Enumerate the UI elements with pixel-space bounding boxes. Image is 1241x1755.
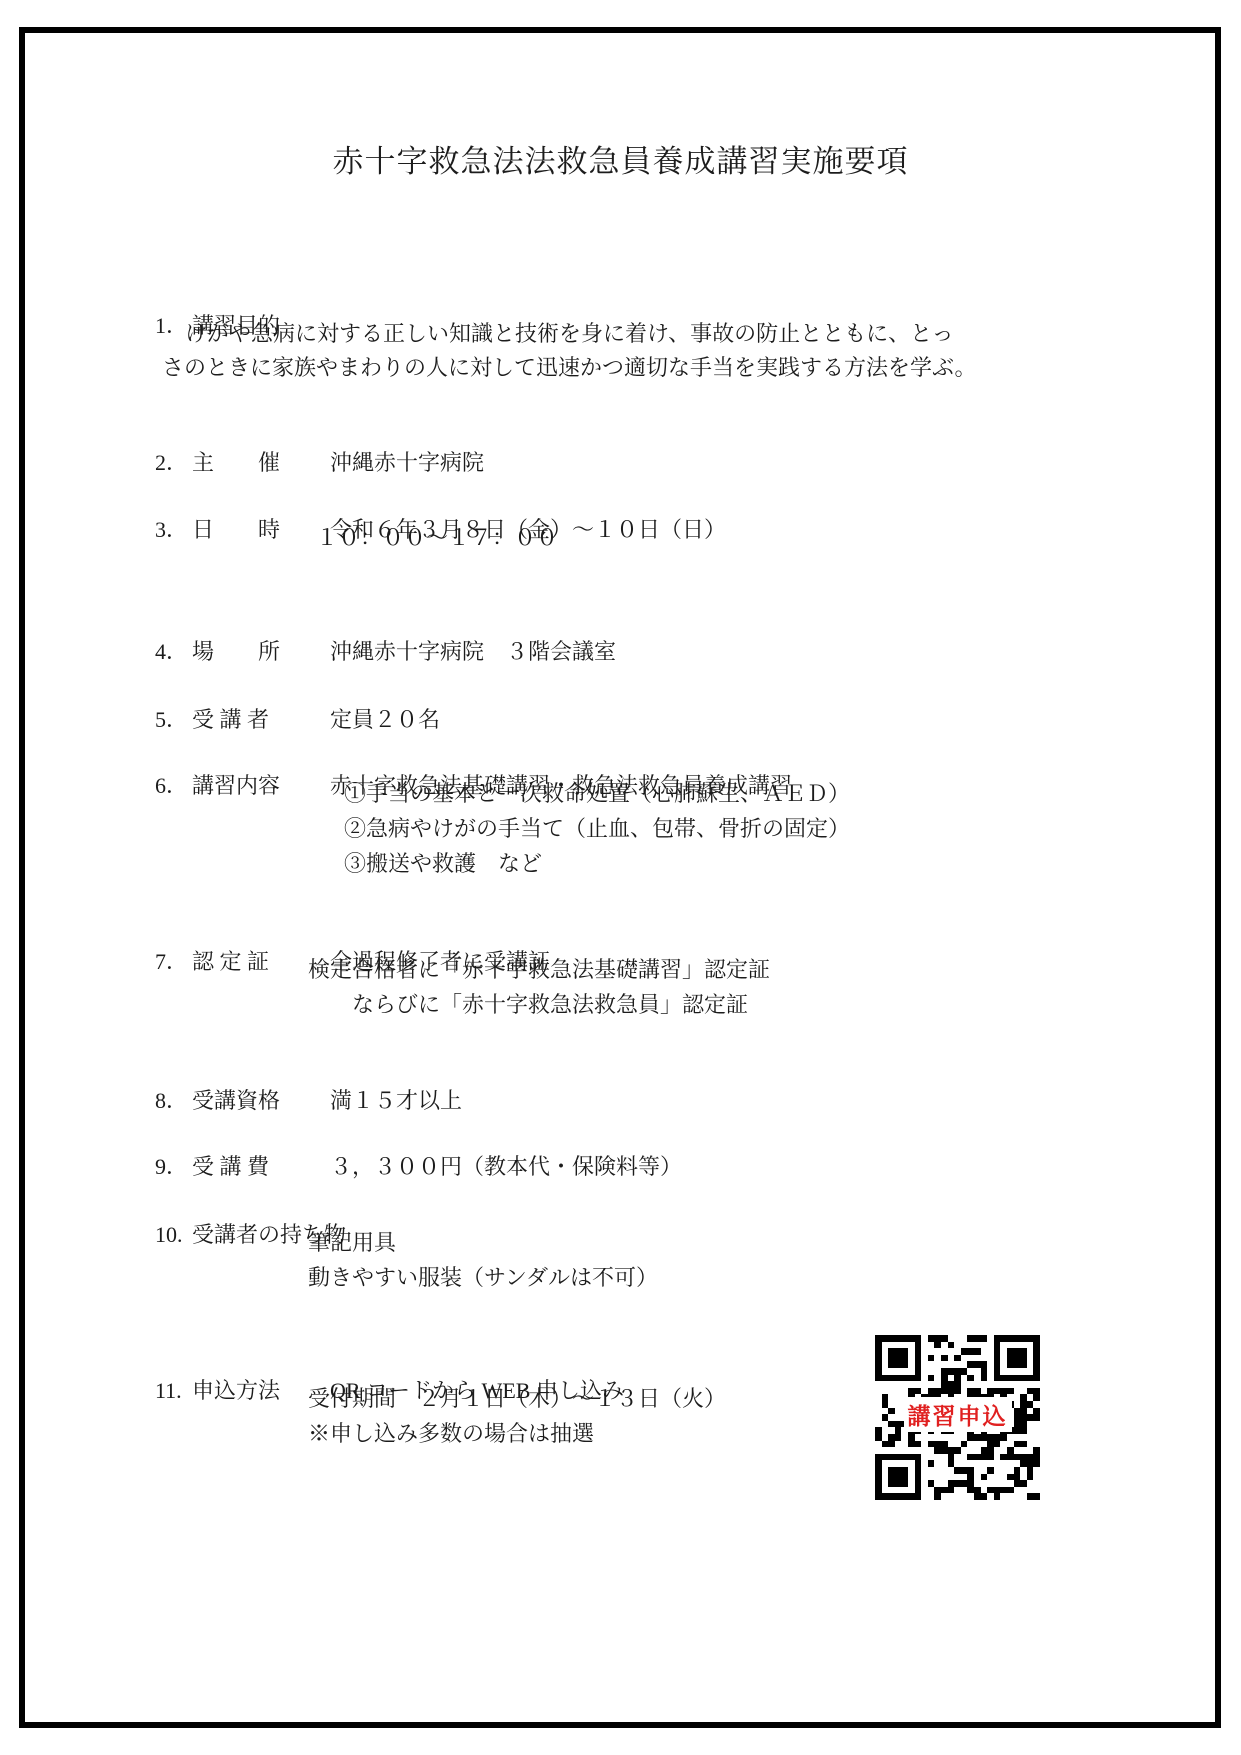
qr-module [961, 1447, 968, 1454]
item-10-text-line-1: 筆記用具 [308, 1229, 396, 1256]
qr-module [928, 1434, 935, 1441]
qr-module [928, 1335, 935, 1342]
qr-module [928, 1441, 935, 1448]
qr-module [1027, 1441, 1034, 1448]
qr-module [882, 1427, 889, 1434]
qr-module [1027, 1401, 1034, 1408]
qr-module [1014, 1454, 1021, 1461]
qr-module [1033, 1388, 1040, 1395]
qr-module [1007, 1474, 1014, 1481]
qr-module [875, 1388, 882, 1395]
qr-module [967, 1368, 974, 1375]
page-title: 赤十字救急法法救急員養成講習実施要項 [0, 136, 1241, 181]
qr-module [908, 1434, 915, 1441]
qr-module [954, 1335, 961, 1342]
qr-module [928, 1467, 935, 1474]
qr-module [1033, 1355, 1040, 1362]
qr-module [987, 1467, 994, 1474]
qr-module [915, 1388, 922, 1395]
qr-module [1014, 1401, 1021, 1408]
qr-module [961, 1441, 968, 1448]
qr-module [961, 1348, 968, 1355]
qr-module [954, 1375, 961, 1382]
qr-module [1014, 1493, 1021, 1500]
qr-label: 講習申込 [904, 1397, 1012, 1432]
qr-module [941, 1460, 948, 1467]
qr-module [908, 1355, 915, 1362]
qr-module [915, 1487, 922, 1494]
item-4-label: 場 所 [192, 638, 330, 665]
qr-module [888, 1414, 895, 1421]
qr-module [895, 1394, 902, 1401]
qr-module [1014, 1441, 1021, 1448]
qr-module [987, 1487, 994, 1494]
qr-module [1014, 1388, 1021, 1395]
qr-module [875, 1368, 882, 1375]
qr-module [941, 1375, 948, 1382]
qr-module [1000, 1454, 1007, 1461]
qr-module [1014, 1342, 1021, 1349]
document-page: 赤十字救急法法救急員養成講習実施要項 1．講習目的 けがや急病に対する正しい知識… [0, 0, 1241, 1755]
qr-module [908, 1335, 915, 1342]
qr-module [888, 1441, 895, 1448]
qr-module [948, 1441, 955, 1448]
item-1-text-line-1: けがや急病に対する正しい知識と技術を身に着け、事故の防止とともに、とっ [185, 320, 954, 347]
qr-module [888, 1434, 895, 1441]
qr-module [888, 1375, 895, 1382]
qr-module [954, 1493, 961, 1500]
qr-module [882, 1421, 889, 1428]
qr-module [882, 1375, 889, 1382]
qr-module [882, 1401, 889, 1408]
qr-module [915, 1454, 922, 1461]
qr-module [928, 1460, 935, 1467]
item-3-text-line-1: １０：００～１７：００ [316, 524, 558, 551]
qr-module [921, 1368, 928, 1375]
qr-module [954, 1487, 961, 1494]
qr-module [875, 1467, 882, 1474]
qr-module [921, 1447, 928, 1454]
qr-module [961, 1342, 968, 1349]
qr-module [888, 1408, 895, 1415]
qr-module [987, 1388, 994, 1395]
qr-module [994, 1487, 1001, 1494]
qr-module [901, 1434, 908, 1441]
qr-module [961, 1355, 968, 1362]
qr-module [1027, 1487, 1034, 1494]
qr-module [987, 1361, 994, 1368]
qr-module [1027, 1375, 1034, 1382]
qr-module [948, 1342, 955, 1349]
qr-module [875, 1441, 882, 1448]
qr-module [934, 1493, 941, 1500]
qr-module [1020, 1487, 1027, 1494]
qr-module [901, 1361, 908, 1368]
qr-module [901, 1447, 908, 1454]
qr-module [1014, 1487, 1021, 1494]
qr-module [954, 1480, 961, 1487]
qr-module [941, 1335, 948, 1342]
qr-module [908, 1487, 915, 1494]
qr-module [1000, 1375, 1007, 1382]
qr-module [1027, 1460, 1034, 1467]
item-9-content: ３，３００円（教本代・保険料等） [330, 1154, 682, 1179]
qr-module [915, 1368, 922, 1375]
qr-module [1014, 1355, 1021, 1362]
qr-module [948, 1348, 955, 1355]
qr-module [928, 1480, 935, 1487]
qr-module [1014, 1414, 1021, 1421]
qr-module [921, 1454, 928, 1461]
qr-module [875, 1401, 882, 1408]
qr-module [908, 1368, 915, 1375]
qr-module [875, 1408, 882, 1415]
qr-module [928, 1447, 935, 1454]
qr-module [987, 1480, 994, 1487]
qr-module [941, 1480, 948, 1487]
qr-module [895, 1434, 902, 1441]
qr-module [934, 1388, 941, 1395]
qr-module [1000, 1460, 1007, 1467]
qr-module [961, 1388, 968, 1395]
qr-module [974, 1467, 981, 1474]
qr-module [941, 1381, 948, 1388]
item-10-number: 10. [155, 1221, 192, 1248]
qr-module [967, 1441, 974, 1448]
qr-module [934, 1447, 941, 1454]
qr-module [1027, 1381, 1034, 1388]
qr-module [895, 1408, 902, 1415]
qr-module [888, 1467, 895, 1474]
qr-module [928, 1361, 935, 1368]
qr-module [981, 1335, 988, 1342]
qr-module [1027, 1480, 1034, 1487]
qr-module [1020, 1361, 1027, 1368]
qr-module [1020, 1401, 1027, 1408]
qr-module [1000, 1487, 1007, 1494]
qr-module [882, 1342, 889, 1349]
qr-module [974, 1454, 981, 1461]
qr-module [915, 1467, 922, 1474]
qr-module [888, 1401, 895, 1408]
qr-module [1014, 1394, 1021, 1401]
qr-module [895, 1441, 902, 1448]
qr-module [1033, 1368, 1040, 1375]
qr-module [1007, 1348, 1014, 1355]
qr-module [908, 1480, 915, 1487]
qr-module [1033, 1408, 1040, 1415]
qr-module [967, 1335, 974, 1342]
qr-module [895, 1355, 902, 1362]
qr-module [928, 1368, 935, 1375]
qr-module [961, 1335, 968, 1342]
qr-module [921, 1487, 928, 1494]
qr-module [1027, 1388, 1034, 1395]
qr-module [928, 1487, 935, 1494]
qr-module [915, 1361, 922, 1368]
qr-module [987, 1335, 994, 1342]
qr-module [941, 1467, 948, 1474]
qr-module [981, 1487, 988, 1494]
qr-module [1014, 1467, 1021, 1474]
qr-module [915, 1355, 922, 1362]
qr-module [1000, 1381, 1007, 1388]
item-3-number: 3． [155, 516, 192, 543]
item-3-label: 日 時 [192, 516, 330, 543]
qr-module [1020, 1388, 1027, 1395]
qr-module [901, 1368, 908, 1375]
qr-module [908, 1454, 915, 1461]
qr-module [875, 1414, 882, 1421]
qr-module [908, 1474, 915, 1481]
qr-module [1027, 1493, 1034, 1500]
qr-module [1027, 1421, 1034, 1428]
qr-module [888, 1361, 895, 1368]
qr-module [974, 1375, 981, 1382]
qr-module [954, 1388, 961, 1395]
qr-module [888, 1427, 895, 1434]
qr-module [1027, 1414, 1034, 1421]
qr-module [1020, 1441, 1027, 1448]
qr-module [875, 1427, 882, 1434]
qr-module [915, 1493, 922, 1500]
qr-module [974, 1348, 981, 1355]
qr-module [1027, 1474, 1034, 1481]
qr-module [888, 1348, 895, 1355]
item-8-number: 8． [155, 1087, 192, 1114]
qr-module [1027, 1394, 1034, 1401]
qr-module [895, 1467, 902, 1474]
qr-module [1000, 1388, 1007, 1395]
qr-module [967, 1348, 974, 1355]
qr-module [934, 1460, 941, 1467]
qr-module [895, 1375, 902, 1382]
qr-module [981, 1441, 988, 1448]
qr-module [1020, 1375, 1027, 1382]
qr-module [974, 1388, 981, 1395]
qr-module [934, 1434, 941, 1441]
qr-module [1033, 1467, 1040, 1474]
qr-module [967, 1454, 974, 1461]
qr-module [934, 1355, 941, 1362]
qr-module [895, 1480, 902, 1487]
qr-module [895, 1342, 902, 1349]
qr-module [987, 1348, 994, 1355]
qr-module [1033, 1421, 1040, 1428]
qr-module [974, 1434, 981, 1441]
qr-module [901, 1487, 908, 1494]
item-2-number: 2． [155, 449, 192, 476]
qr-module [994, 1335, 1001, 1342]
item-5-content: 定員２０名 [330, 707, 440, 732]
qr-module [888, 1394, 895, 1401]
qr-module [908, 1467, 915, 1474]
qr-module [928, 1355, 935, 1362]
qr-module [1000, 1493, 1007, 1500]
qr-module [1007, 1381, 1014, 1388]
qr-module [987, 1474, 994, 1481]
qr-module [921, 1388, 928, 1395]
qr-module [888, 1381, 895, 1388]
qr-module [1033, 1342, 1040, 1349]
qr-module [888, 1474, 895, 1481]
qr-module [948, 1388, 955, 1395]
item-7-text-line-1: 検定合格者に「赤十字救急法基礎講習」認定証 [308, 956, 770, 983]
qr-module [981, 1447, 988, 1454]
qr-module [895, 1454, 902, 1461]
qr-module [981, 1474, 988, 1481]
qr-module [882, 1480, 889, 1487]
qr-module [948, 1381, 955, 1388]
qr-module [1020, 1454, 1027, 1461]
qr-module [941, 1368, 948, 1375]
qr-module [1000, 1434, 1007, 1441]
qr-module [1007, 1480, 1014, 1487]
qr-module [895, 1460, 902, 1467]
qr-module [908, 1388, 915, 1395]
qr-module [921, 1355, 928, 1362]
qr-module [974, 1361, 981, 1368]
qr-module [961, 1454, 968, 1461]
qr-module [908, 1441, 915, 1448]
qr-module [967, 1447, 974, 1454]
qr-module [1020, 1480, 1027, 1487]
qr-module [1020, 1414, 1027, 1421]
qr-module [1027, 1467, 1034, 1474]
qr-module [987, 1447, 994, 1454]
qr-module [934, 1454, 941, 1461]
qr-module [895, 1487, 902, 1494]
qr-module [1020, 1355, 1027, 1362]
qr-module [882, 1487, 889, 1494]
qr-module [901, 1480, 908, 1487]
qr-module [901, 1348, 908, 1355]
item-6-text-line-3: ③搬送や救護 など [344, 850, 542, 877]
qr-module [948, 1355, 955, 1362]
qr-module [961, 1487, 968, 1494]
item-4-content: 沖縄赤十字病院 ３階会議室 [330, 639, 616, 664]
qr-module [895, 1493, 902, 1500]
qr-module [994, 1342, 1001, 1349]
qr-module [981, 1388, 988, 1395]
qr-module [967, 1361, 974, 1368]
qr-module [994, 1460, 1001, 1467]
qr-module [934, 1348, 941, 1355]
qr-module [928, 1375, 935, 1382]
qr-module [1020, 1342, 1027, 1349]
qr-module [921, 1460, 928, 1467]
qr-module [941, 1447, 948, 1454]
qr-module [908, 1342, 915, 1349]
item-7-text-line-2: ならびに「赤十字救急法救急員」認定証 [352, 991, 748, 1018]
qr-module [921, 1348, 928, 1355]
qr-module [954, 1434, 961, 1441]
qr-module [915, 1447, 922, 1454]
qr-module [967, 1381, 974, 1388]
qr-module [1007, 1368, 1014, 1375]
qr-module [882, 1434, 889, 1441]
item-7-number: 7． [155, 948, 192, 975]
qr-module [994, 1493, 1001, 1500]
qr-module [954, 1361, 961, 1368]
qr-module [1033, 1427, 1040, 1434]
qr-module [882, 1355, 889, 1362]
qr-module [934, 1368, 941, 1375]
qr-module [941, 1348, 948, 1355]
qr-module [1000, 1342, 1007, 1349]
qr-module [948, 1434, 955, 1441]
qr-module [1000, 1361, 1007, 1368]
qr-module [974, 1493, 981, 1500]
qr-module [1007, 1487, 1014, 1494]
qr-module [961, 1368, 968, 1375]
qr-module [987, 1375, 994, 1382]
qr-module [954, 1381, 961, 1388]
qr-module [974, 1368, 981, 1375]
qr-module [875, 1348, 882, 1355]
qr-module [981, 1467, 988, 1474]
qr-module [967, 1388, 974, 1395]
qr-module [941, 1487, 948, 1494]
qr-module [941, 1493, 948, 1500]
item-1-text-line-2: さのときに家族やまわりの人に対して迅速かつ適切な手当を実践する方法を学ぶ。 [162, 354, 976, 381]
qr-module [908, 1381, 915, 1388]
qr-module [974, 1474, 981, 1481]
qr-module [1027, 1342, 1034, 1349]
qr-module [1033, 1493, 1040, 1500]
qr-module [895, 1335, 902, 1342]
item-2-content: 沖縄赤十字病院 [330, 450, 484, 475]
qr-module [941, 1441, 948, 1448]
qr-module [987, 1441, 994, 1448]
qr-module [981, 1375, 988, 1382]
qr-module [961, 1375, 968, 1382]
qr-module [1014, 1447, 1021, 1454]
qr-module [954, 1467, 961, 1474]
qr-module [994, 1480, 1001, 1487]
qr-module [981, 1454, 988, 1461]
qr-module [1007, 1493, 1014, 1500]
qr-module [1033, 1375, 1040, 1382]
qr-module [994, 1348, 1001, 1355]
qr-module [941, 1355, 948, 1362]
qr-module [888, 1460, 895, 1467]
qr-module [934, 1487, 941, 1494]
qr-module [987, 1381, 994, 1388]
qr-module [915, 1480, 922, 1487]
qr-module [1020, 1447, 1027, 1454]
qr-module [915, 1441, 922, 1448]
qr-module [941, 1361, 948, 1368]
qr-module [1033, 1335, 1040, 1342]
qr-module [974, 1355, 981, 1362]
qr-module [901, 1375, 908, 1382]
qr-module [934, 1361, 941, 1368]
item-11-number: 11. [155, 1377, 192, 1404]
qr-module [1014, 1434, 1021, 1441]
qr-module [1020, 1381, 1027, 1388]
qr-module [1007, 1434, 1014, 1441]
qr-module [1020, 1408, 1027, 1415]
qr-module [1014, 1460, 1021, 1467]
qr-module [921, 1441, 928, 1448]
qr-module [954, 1454, 961, 1461]
qr-module [948, 1480, 955, 1487]
qr-module [954, 1368, 961, 1375]
qr-module [1027, 1454, 1034, 1461]
qr-module [1033, 1474, 1040, 1481]
qr-module [1020, 1394, 1027, 1401]
